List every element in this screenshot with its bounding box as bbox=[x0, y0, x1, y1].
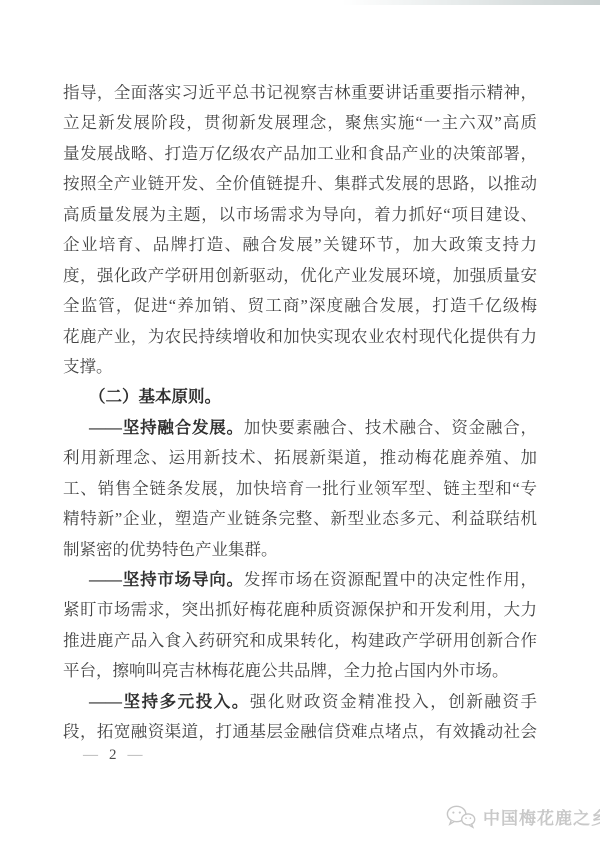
page-number-dash-left: — bbox=[83, 747, 99, 763]
text-line: 量发展战略、打造万亿级农产品加工业和食品产业的决策部署， bbox=[63, 139, 537, 169]
body-text: 发挥市场在资源配置中的决定性作用， bbox=[244, 570, 537, 589]
body-text: 指导，全面落实习近平总书记视察吉林重要讲话重要指示精神， bbox=[63, 83, 537, 102]
body-text: 企业培育、品牌打造、融合发展”关键环节，加大政策支持力 bbox=[63, 235, 537, 254]
body-text: 平台，擦响叫亮吉林梅花鹿公共品牌，全力抢占国内外市场。 bbox=[63, 661, 509, 680]
body-text: 利用新理念、运用新技术、拓展新渠道，推动梅花鹿养殖、加 bbox=[63, 448, 537, 467]
text-line: 按照全产业链开发、全价值链提升、集群式发展的思路，以推动 bbox=[63, 169, 537, 199]
text-line: 紧盯市场需求，突出抓好梅花鹿种质资源保护和开发利用，大力 bbox=[63, 595, 537, 625]
body-text: 花鹿产业，为农民持续增收和加快实现农业农村现代化提供有力 bbox=[63, 327, 537, 346]
text-line: 全监管，促进“养加销、贸工商”深度融合发展，打造千亿级梅 bbox=[63, 291, 537, 321]
emphasis-text: （二）基本原则。 bbox=[89, 387, 221, 406]
body-text: 全监管，促进“养加销、贸工商”深度融合发展，打造千亿级梅 bbox=[63, 296, 537, 315]
text-line: 工、销售全链条发展，加快培育一批行业领军型、链主型和“专 bbox=[63, 474, 537, 504]
wechat-logo-icon bbox=[445, 804, 477, 829]
body-text: 量发展战略、打造万亿级农产品加工业和食品产业的决策部署， bbox=[63, 144, 537, 163]
text-line: 制紧密的优势特色产业集群。 bbox=[63, 535, 537, 565]
emphasis-text: ——坚持多元投入。 bbox=[89, 692, 250, 711]
body-text: 加快要素融合、技术融合、资金融合， bbox=[244, 418, 537, 437]
body-text: 立足新发展阶段，贯彻新发展理念，聚焦实施“一主六双”高质 bbox=[63, 113, 537, 132]
text-line: 推进鹿产品入食入药研究和成果转化，构建政产学研用创新合作 bbox=[63, 626, 537, 656]
text-line: 度，强化政产学研用创新驱动，优化产业发展环境，加强质量安 bbox=[63, 261, 537, 291]
watermark: 中国梅花鹿之乡 bbox=[445, 804, 600, 829]
text-line: 支撑。 bbox=[63, 352, 537, 382]
body-text: 高质量发展为主题，以市场需求为导向，着力抓好“项目建设、 bbox=[63, 205, 537, 224]
body-text: 按照全产业链开发、全价值链提升、集群式发展的思路，以推动 bbox=[63, 174, 537, 193]
body-text: 推进鹿产品入食入药研究和成果转化，构建政产学研用创新合作 bbox=[63, 631, 537, 650]
body-text: 工、销售全链条发展，加快培育一批行业领军型、链主型和“专 bbox=[63, 479, 537, 498]
emphasis-text: ——坚持融合发展。 bbox=[89, 418, 244, 437]
body-text: 制紧密的优势特色产业集群。 bbox=[63, 540, 278, 559]
body-text: 精特新”企业，塑造产业链条完整、新型业态多元、利益联结机 bbox=[63, 509, 537, 528]
page-number-dash-right: — bbox=[128, 747, 144, 763]
page-number: —2— bbox=[83, 744, 144, 766]
watermark-label: 中国梅花鹿之乡 bbox=[483, 804, 600, 829]
text-line: （二）基本原则。 bbox=[63, 382, 537, 412]
text-line: 花鹿产业，为农民持续增收和加快实现农业农村现代化提供有力 bbox=[63, 322, 537, 352]
page-number-value: 2 bbox=[109, 747, 118, 763]
body-text: 支撑。 bbox=[63, 357, 113, 376]
text-line: ——坚持多元投入。强化财政资金精准投入，创新融资手 bbox=[63, 687, 537, 717]
text-line: 指导，全面落实习近平总书记视察吉林重要讲话重要指示精神， bbox=[63, 78, 537, 108]
text-line: 利用新理念、运用新技术、拓展新渠道，推动梅花鹿养殖、加 bbox=[63, 443, 537, 473]
body-text: 段，拓宽融资渠道，打通基层金融信贷难点堵点，有效撬动社会 bbox=[63, 722, 537, 741]
text-line: 高质量发展为主题，以市场需求为导向，着力抓好“项目建设、 bbox=[63, 200, 537, 230]
body-text: 强化财政资金精准投入，创新融资手 bbox=[250, 692, 537, 711]
body-text: 紧盯市场需求，突出抓好梅花鹿种质资源保护和开发利用，大力 bbox=[63, 600, 537, 619]
document-body: 指导，全面落实习近平总书记视察吉林重要讲话重要指示精神，立足新发展阶段，贯彻新发… bbox=[63, 78, 537, 748]
text-line: 企业培育、品牌打造、融合发展”关键环节，加大政策支持力 bbox=[63, 230, 537, 260]
text-line: 立足新发展阶段，贯彻新发展理念，聚焦实施“一主六双”高质 bbox=[63, 108, 537, 138]
text-line: 精特新”企业，塑造产业链条完整、新型业态多元、利益联结机 bbox=[63, 504, 537, 534]
text-line: ——坚持融合发展。加快要素融合、技术融合、资金融合， bbox=[63, 413, 537, 443]
text-line: 平台，擦响叫亮吉林梅花鹿公共品牌，全力抢占国内外市场。 bbox=[63, 656, 537, 686]
text-line: ——坚持市场导向。发挥市场在资源配置中的决定性作用， bbox=[63, 565, 537, 595]
body-text: 度，强化政产学研用创新驱动，优化产业发展环境，加强质量安 bbox=[63, 266, 537, 285]
emphasis-text: ——坚持市场导向。 bbox=[89, 570, 244, 589]
scan-artifact bbox=[342, 0, 600, 5]
